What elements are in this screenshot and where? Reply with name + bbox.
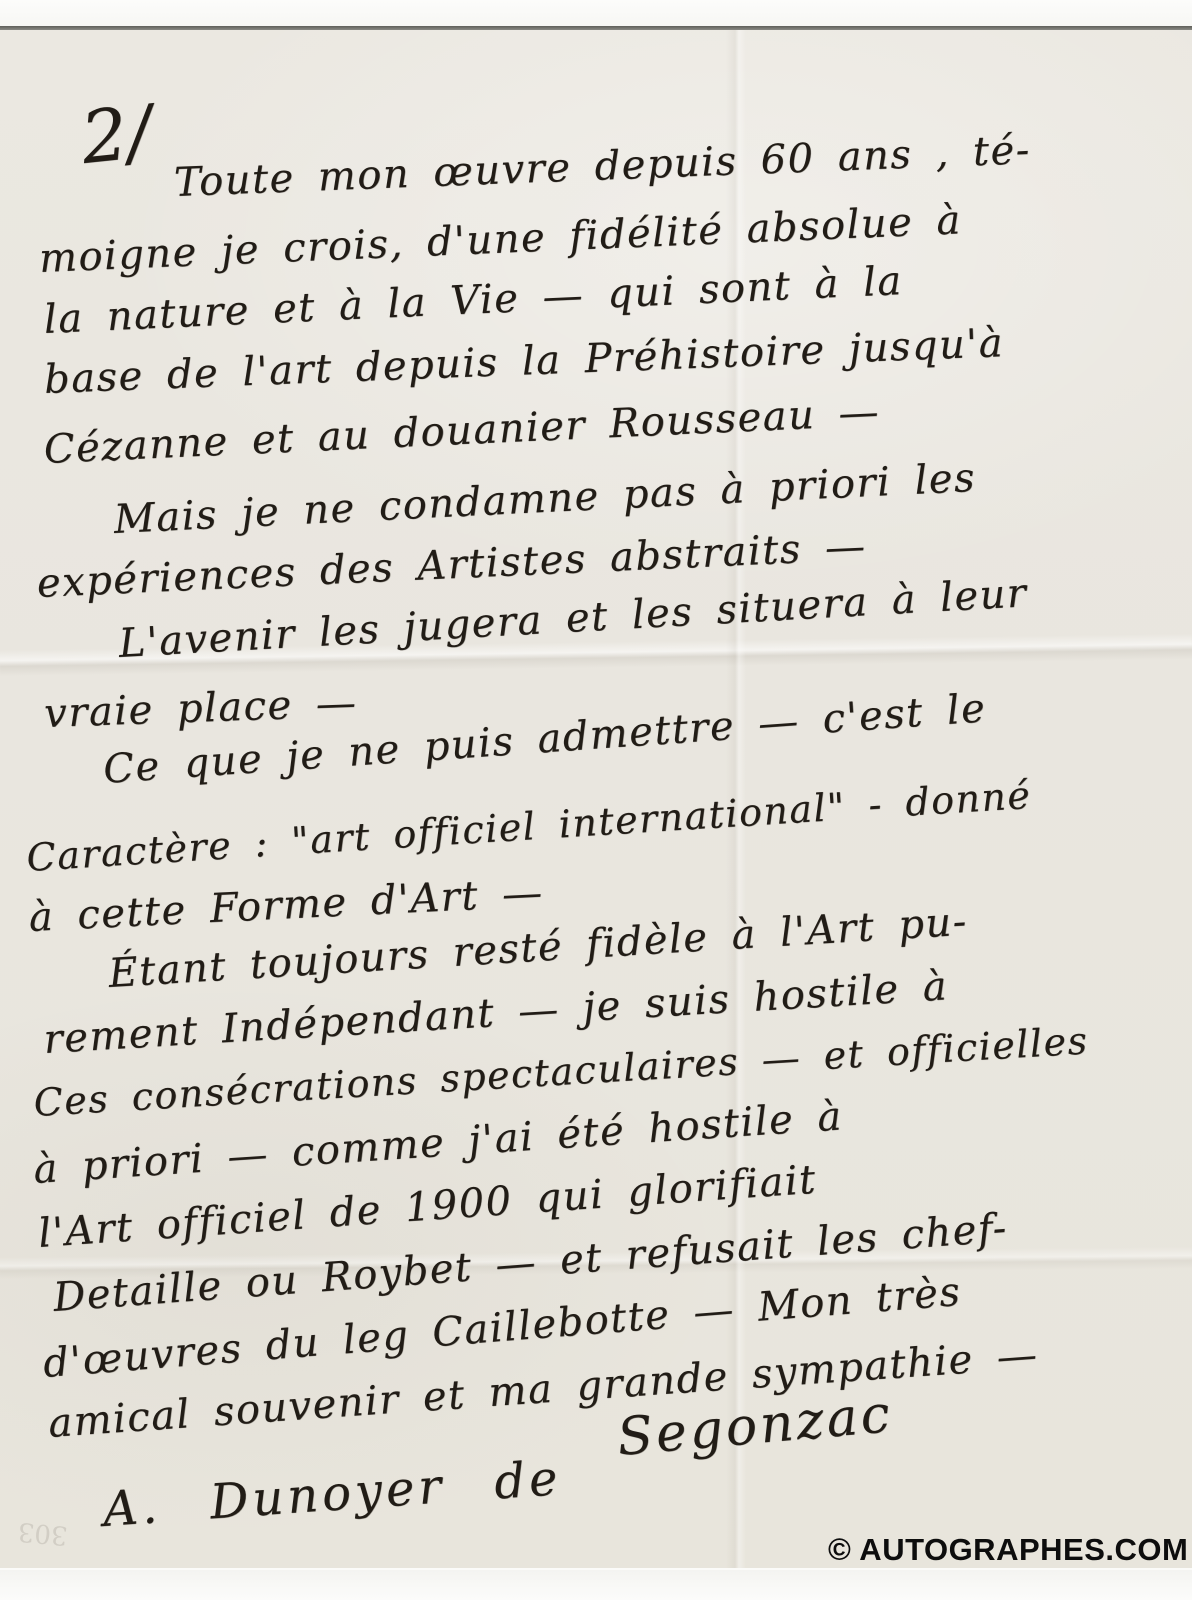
paper-edge-shadow xyxy=(0,26,1192,30)
autographes-watermark: © AUTOGRAPHES.COM xyxy=(828,1532,1188,1568)
scanner-edge-top xyxy=(0,0,1192,26)
scanned-letter-page: 2/ Toute mon œuvre depuis 60 ans , té- m… xyxy=(0,0,1192,1600)
scanner-edge-bottom xyxy=(0,1570,1192,1600)
pencil-inventory-mark: 303 xyxy=(17,1516,69,1550)
page-number: 2/ xyxy=(77,89,155,180)
